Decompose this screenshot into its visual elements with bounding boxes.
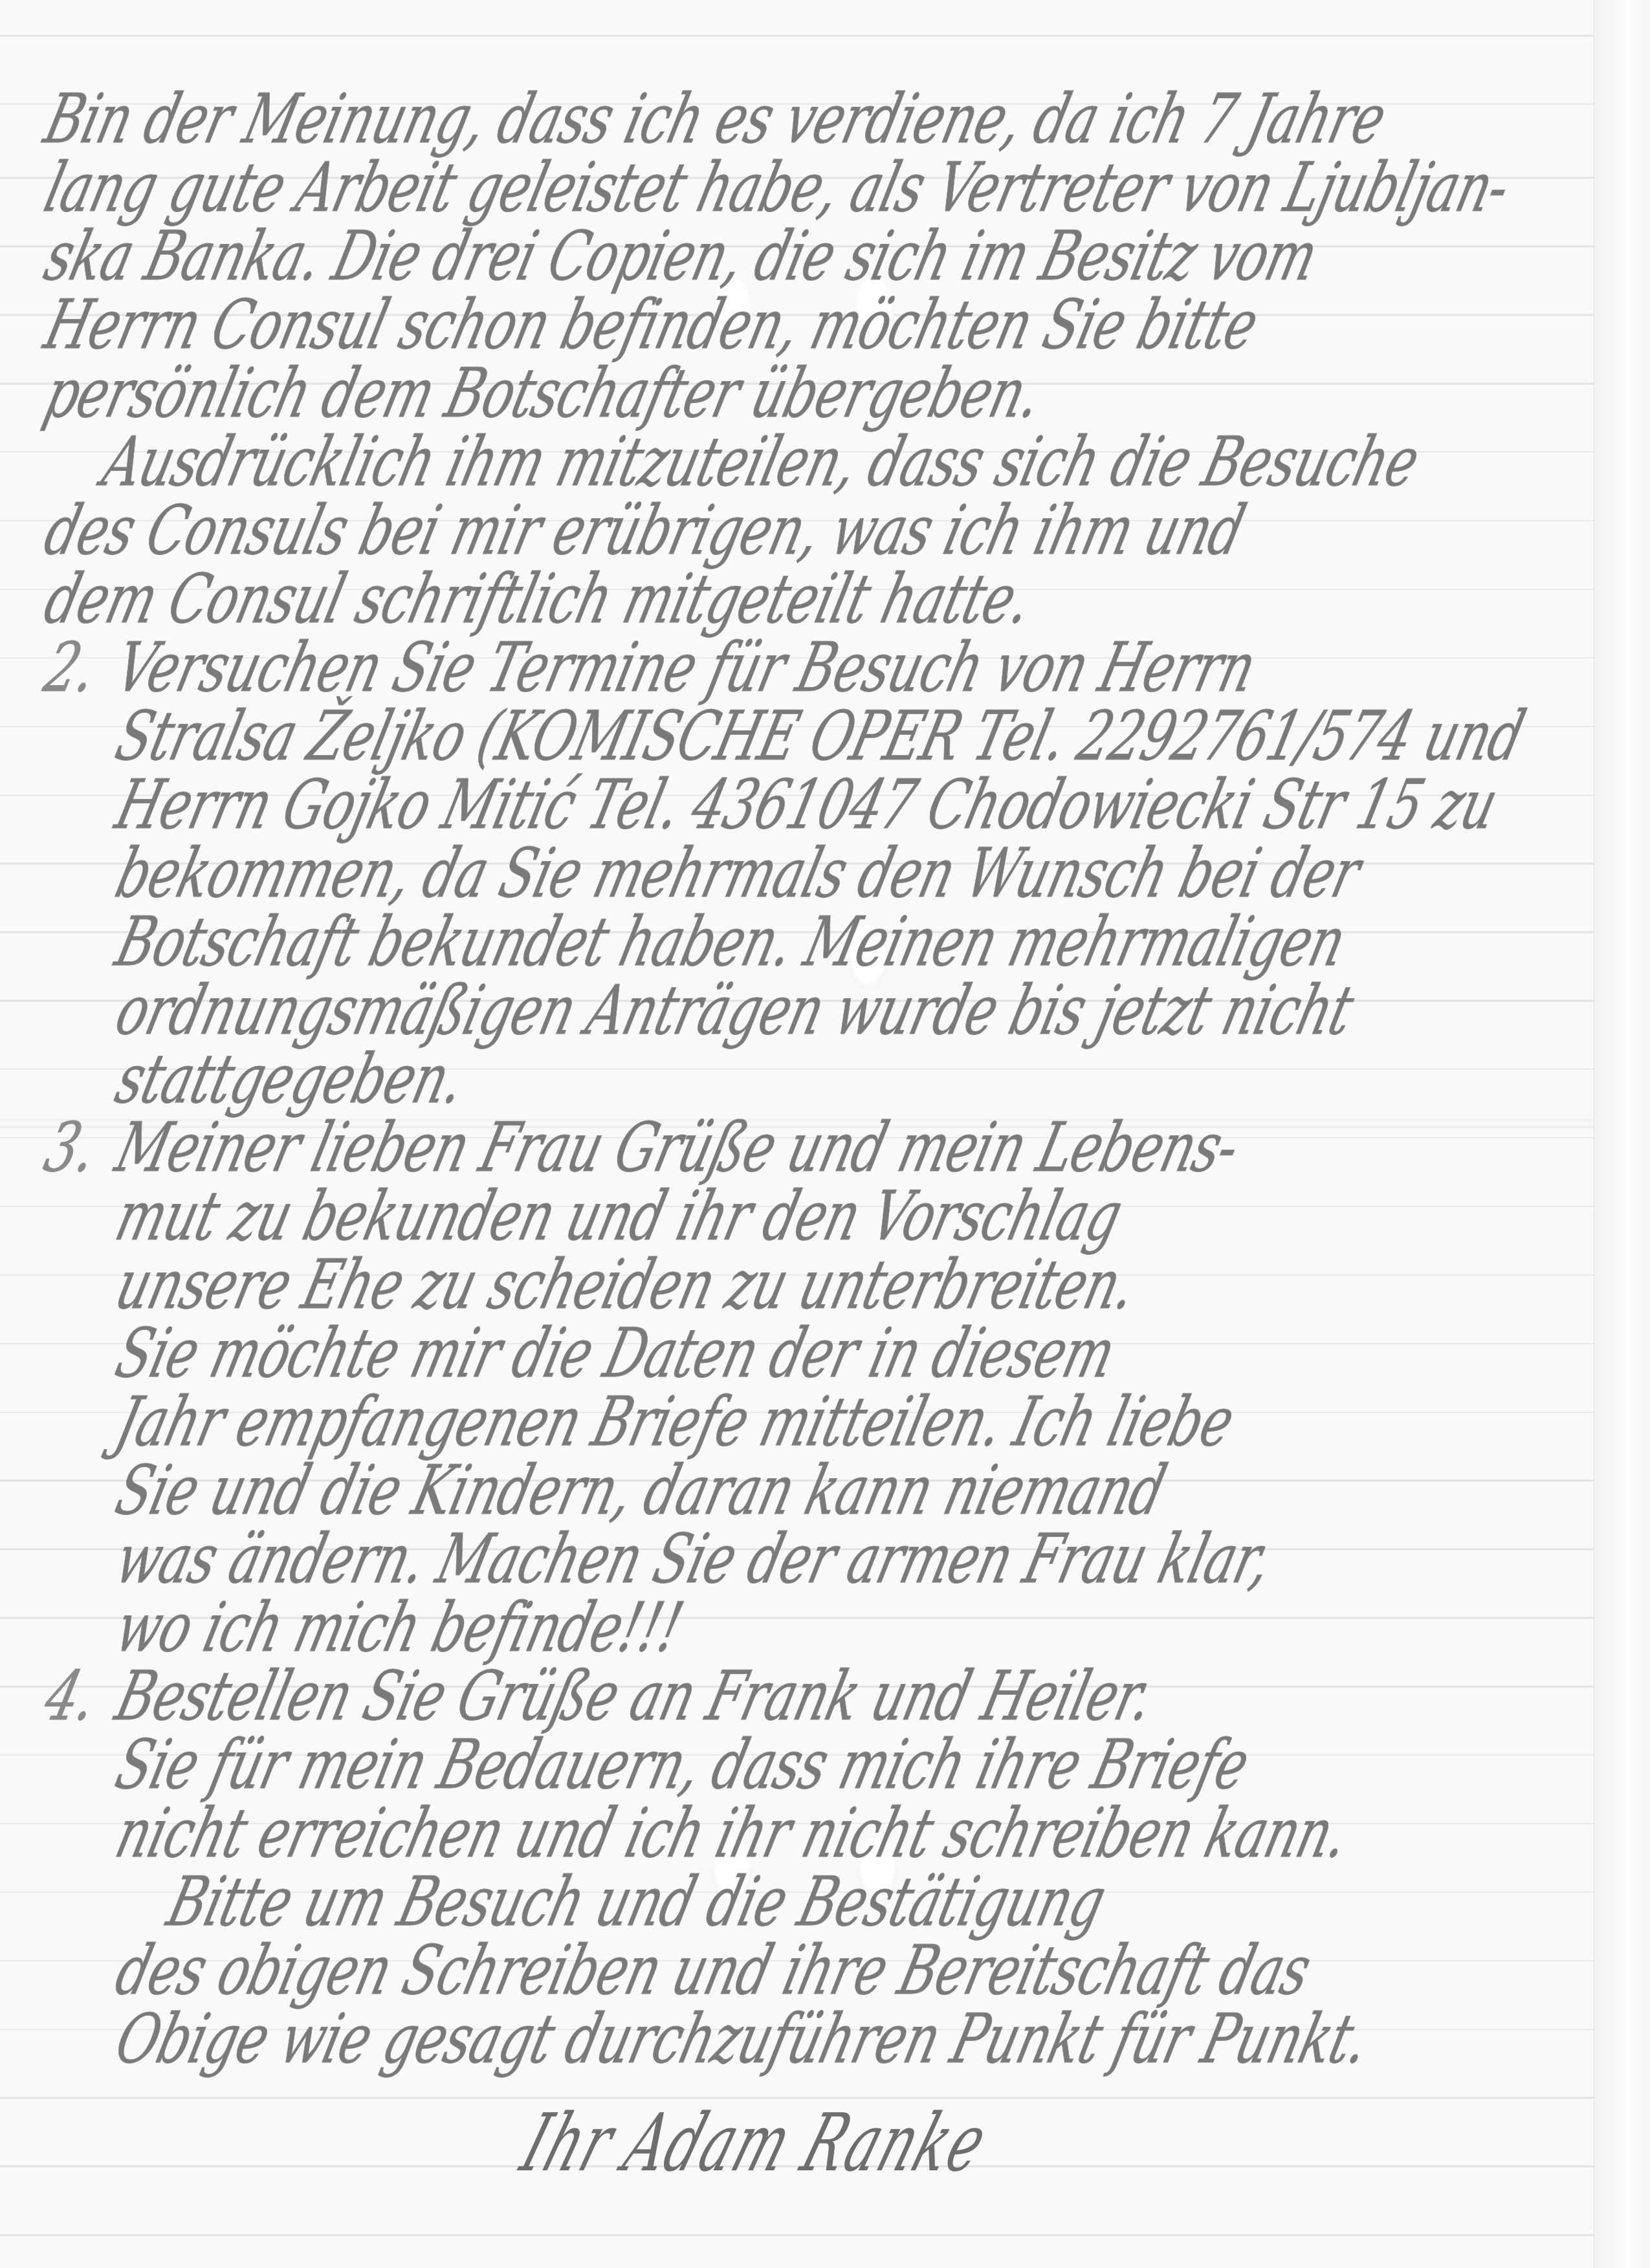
paragraph-item-3: 3.Meiner lieben Frau Grüße und mein Lebe… <box>36 1126 1576 1674</box>
scan-edge <box>1594 0 1650 2268</box>
letter-body: Bin der Meinung, dass ich es verdiene, d… <box>36 97 1576 2086</box>
paragraph-item-2: 2.Versuchen Sie Termine für Besuch von H… <box>36 646 1576 1126</box>
paragraph-item-4: 4.Bestellen Sie Grüße an Frank und Heile… <box>36 1674 1576 2086</box>
signature: Ihr Adam Ranke <box>511 2098 998 2190</box>
text-line: Obige wie gesagt durchzuführen Punkt für… <box>36 1993 1599 2086</box>
paragraph-intro: Bin der Meinung, dass ich es verdiene, d… <box>36 97 1576 646</box>
